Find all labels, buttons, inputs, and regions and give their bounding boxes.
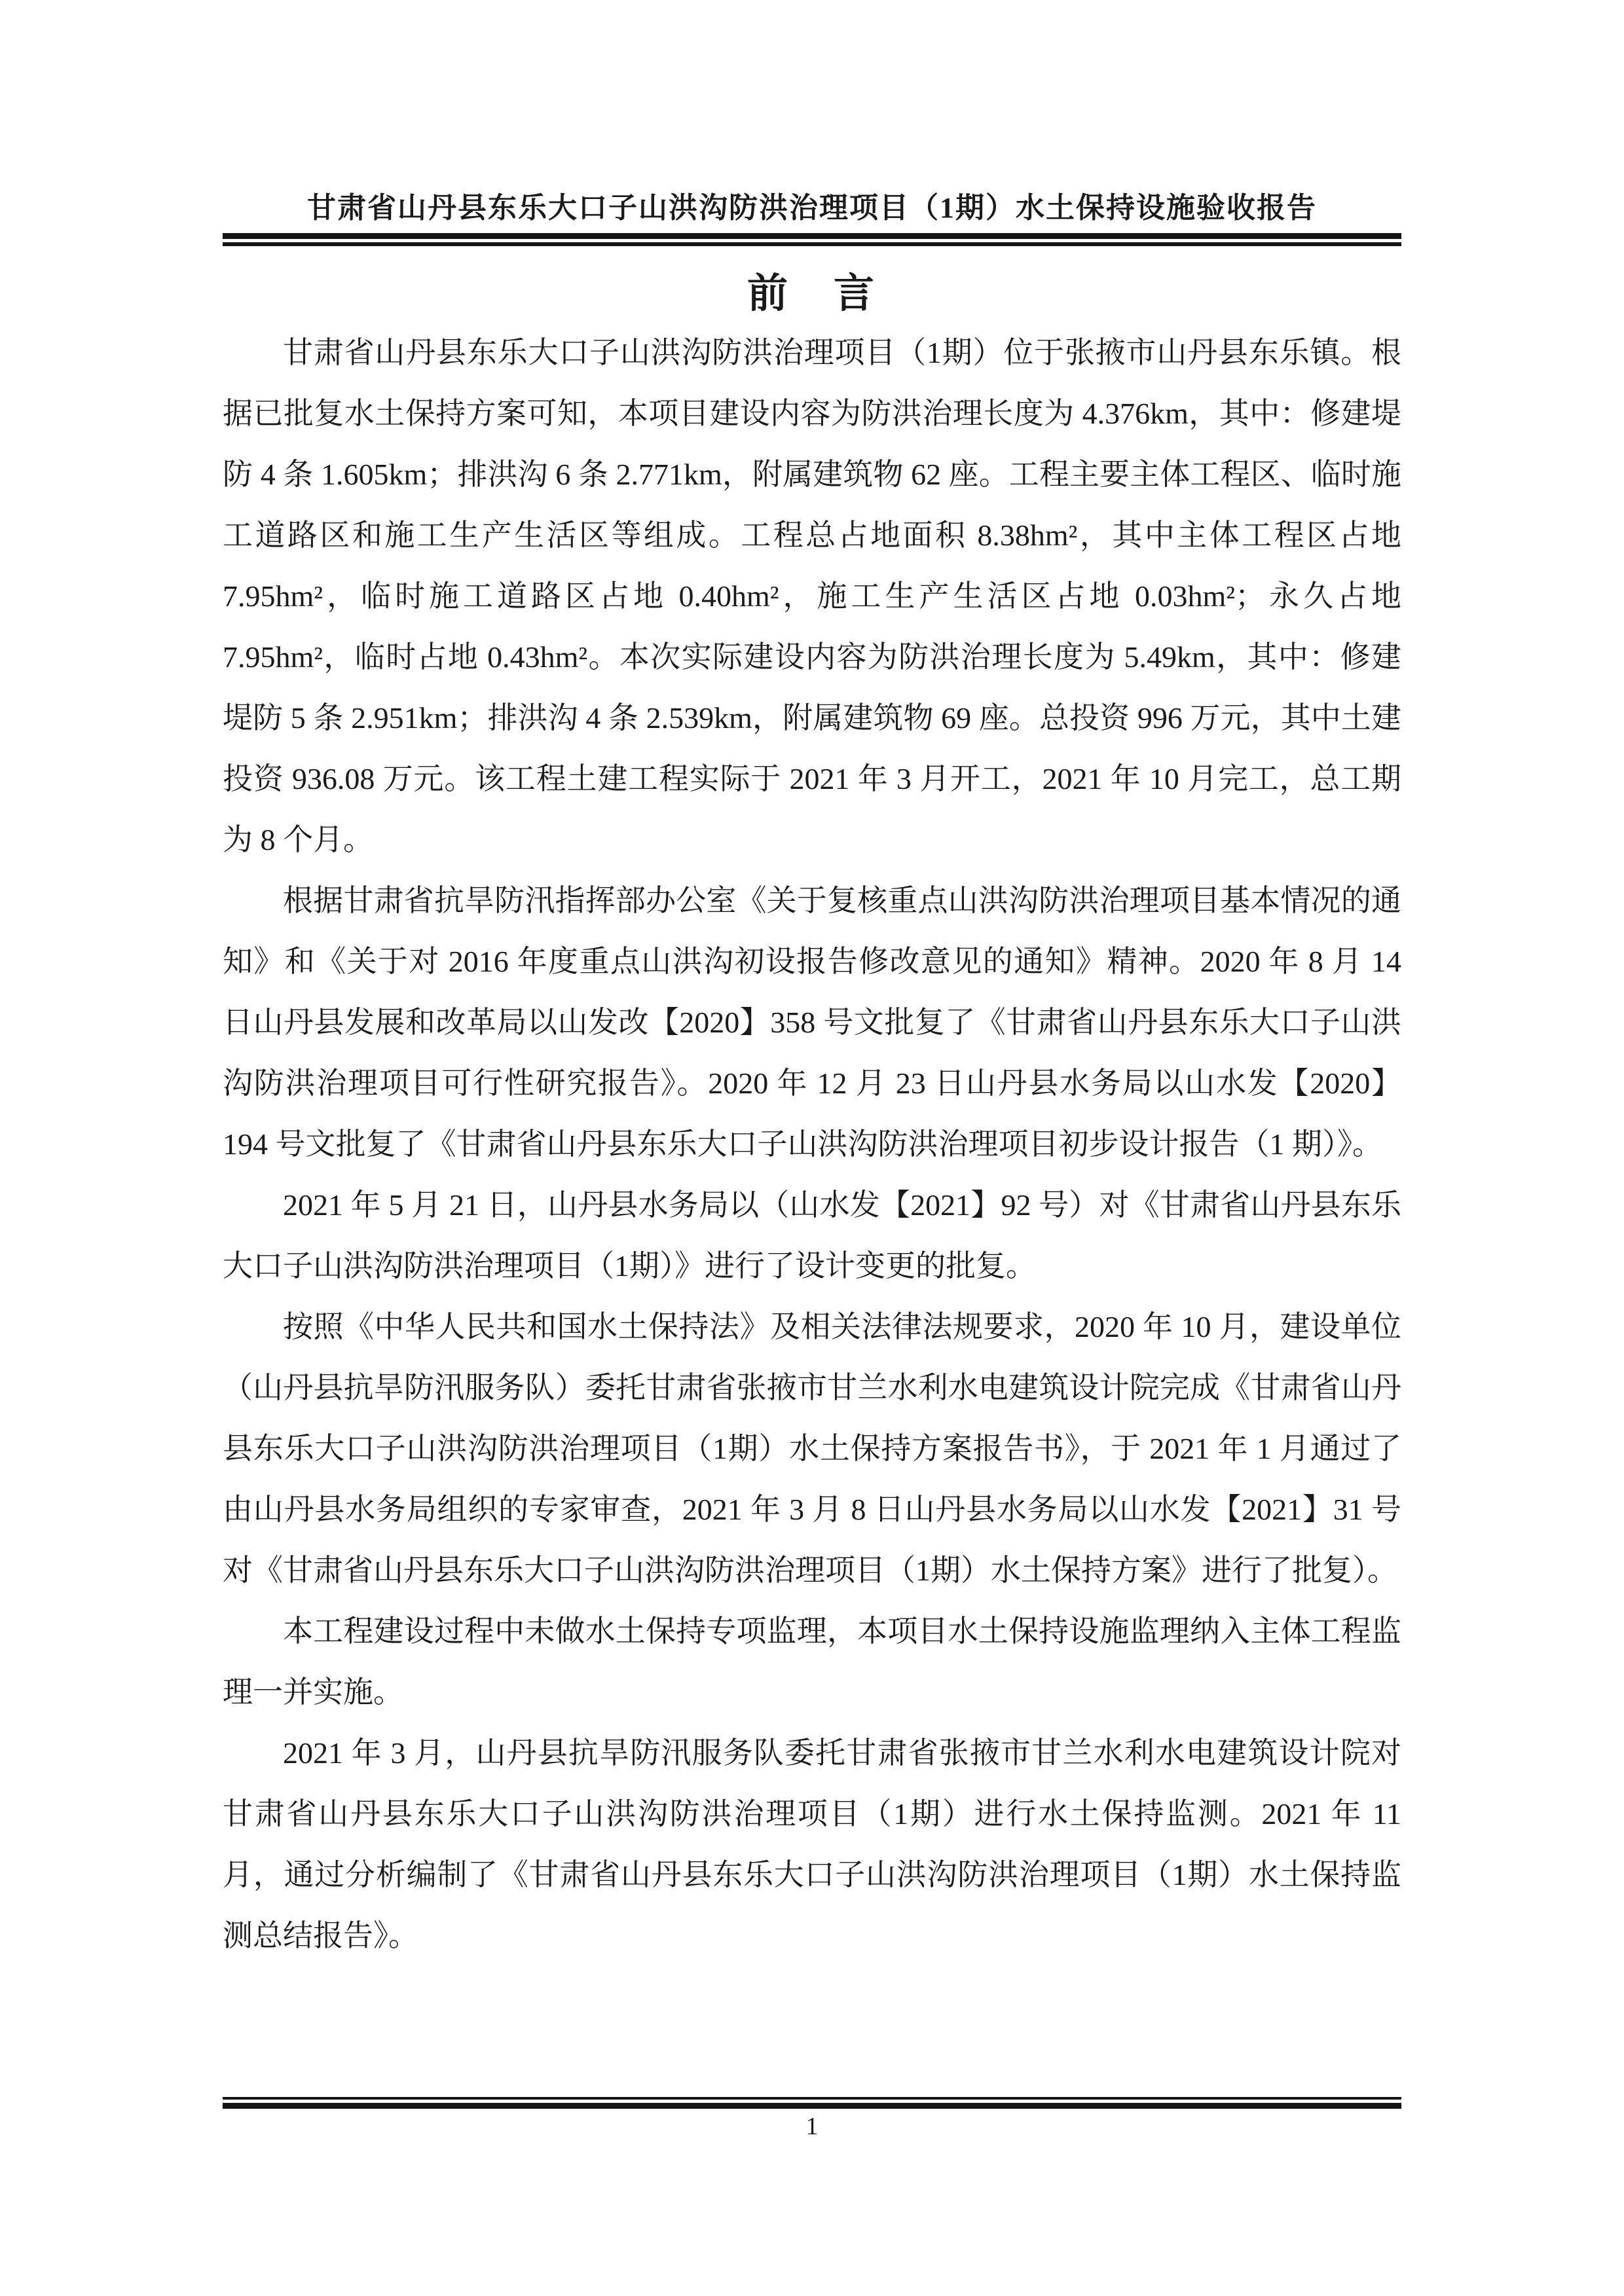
paragraph: 甘肃省山丹县东乐大口子山洪沟防洪治理项目（1期）位于张掖市山丹县东乐镇。根据已批…	[223, 322, 1401, 870]
header-divider-thick-line	[223, 233, 1401, 239]
header-divider-thin-line	[223, 242, 1401, 246]
document-page: 甘肃省山丹县东乐大口子山洪沟防洪治理项目（1期）水土保持设施验收报告 前 言 甘…	[0, 0, 1624, 2296]
paragraph: 2021 年 5 月 21 日，山丹县水务局以（山水发【2021】92 号）对《…	[223, 1175, 1401, 1296]
header-divider	[223, 233, 1401, 246]
paragraph: 本工程建设过程中未做水土保持专项监理，本项目水土保持设施监理纳入主体工程监理一并…	[223, 1601, 1401, 1722]
running-header: 甘肃省山丹县东乐大口子山洪沟防洪治理项目（1期）水土保持设施验收报告	[223, 184, 1401, 226]
paragraph: 根据甘肃省抗旱防汛指挥部办公室《关于复核重点山洪沟防洪治理项目基本情况的通知》和…	[223, 870, 1401, 1175]
footer-divider-thick-line	[223, 2103, 1401, 2109]
page-title: 前 言	[0, 261, 1624, 319]
document-body: 甘肃省山丹县东乐大口子山洪沟防洪治理项目（1期）位于张掖市山丹县东乐镇。根据已批…	[223, 322, 1401, 1966]
footer-divider	[223, 2097, 1401, 2109]
page-number: 1	[0, 2112, 1624, 2141]
paragraph: 2021 年 3 月，山丹县抗旱防汛服务队委托甘肃省张掖市甘兰水利水电建筑设计院…	[223, 1722, 1401, 1966]
paragraph: 按照《中华人民共和国水土保持法》及相关法律法规要求，2020 年 10 月，建设…	[223, 1296, 1401, 1601]
